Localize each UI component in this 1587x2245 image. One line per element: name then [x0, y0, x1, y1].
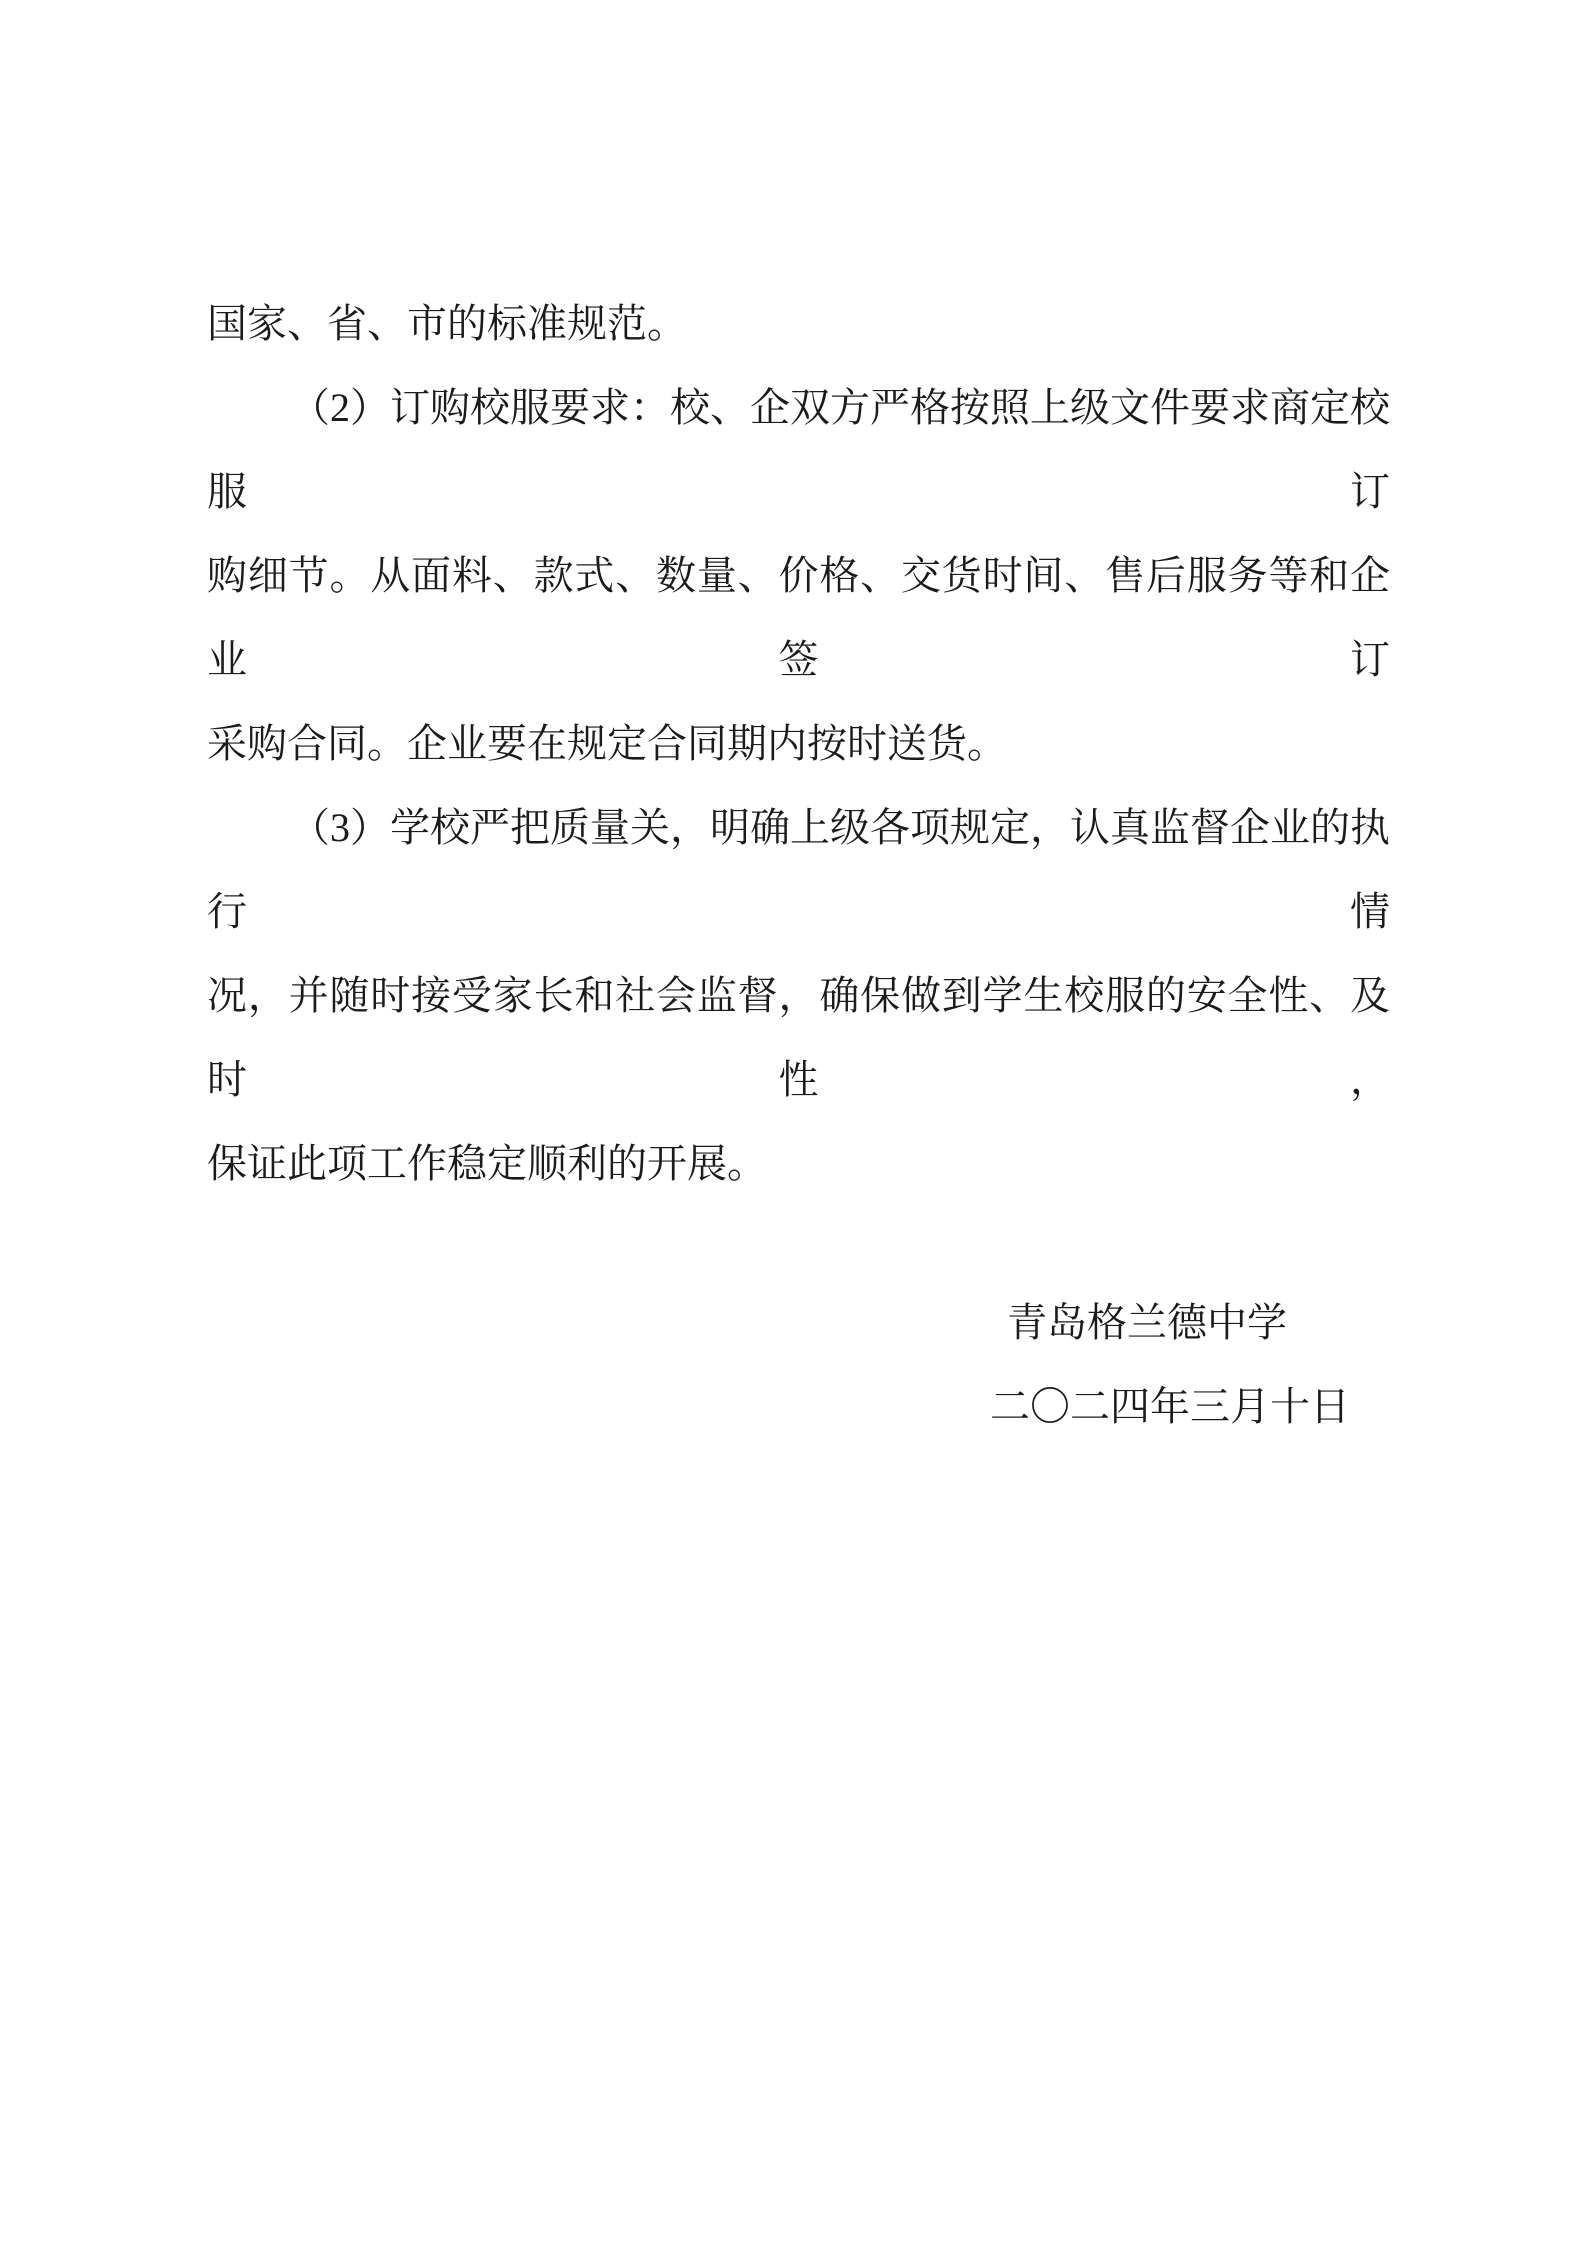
body-text-line: 采购合同。企业要在规定合同期内按时送货。	[207, 702, 1390, 786]
body-text-line: 购细节。从面料、款式、数量、价格、交货时间、售后服务等和企业签订	[207, 534, 1390, 702]
document-page: 国家、省、市的标准规范。（2）订购校服要求：校、企双方严格按照上级文件要求商定校…	[0, 0, 1587, 2245]
body-text-line: 国家、省、市的标准规范。	[207, 282, 1390, 366]
signature-block: 青岛格兰德中学 二〇二四年三月十日	[207, 1281, 1390, 1449]
body-text-line: 保证此项工作稳定顺利的开展。	[207, 1122, 1390, 1206]
signature-date: 二〇二四年三月十日	[207, 1365, 1390, 1449]
body-text-line: （3）学校严把质量关，明确上级各项规定，认真监督企业的执行情	[207, 786, 1390, 954]
body-text-line: （2）订购校服要求：校、企双方严格按照上级文件要求商定校服订	[207, 366, 1390, 534]
body-text-line: 况，并随时接受家长和社会监督，确保做到学生校服的安全性、及时性，	[207, 954, 1390, 1122]
signature-organization: 青岛格兰德中学	[207, 1281, 1390, 1365]
document-body: 国家、省、市的标准规范。（2）订购校服要求：校、企双方严格按照上级文件要求商定校…	[0, 0, 1587, 1449]
